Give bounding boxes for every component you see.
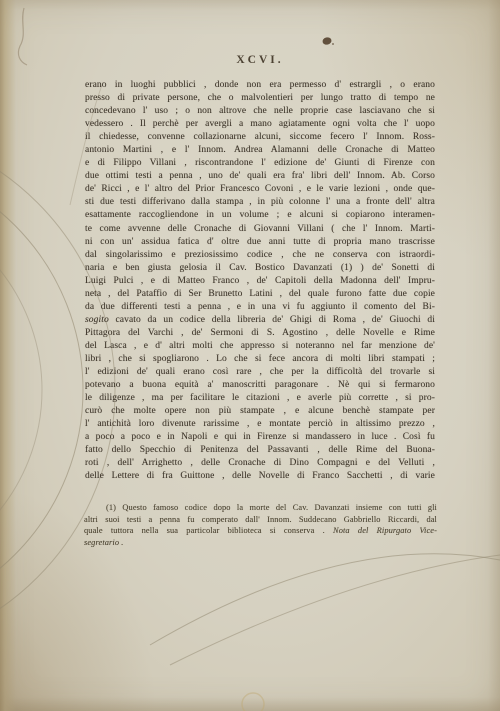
text-line: dal singolarissimo e preziosissimo codic… <box>85 249 435 262</box>
text-line: erano in luoghi pubblici , donde non era… <box>85 79 435 92</box>
text-line: concedevano l' uso ; o non altrove che n… <box>85 105 435 118</box>
footnote-block: (1) Questo famoso codice dopo la morte d… <box>84 502 437 548</box>
text-line: naria e ben giusta gelosia il Cav. Bosti… <box>85 262 435 275</box>
ink-blot-speck <box>332 43 334 45</box>
footnote-line: altri suoi testi a penna fu comperato da… <box>84 514 437 526</box>
text-line: potevano a buona equità a' manoscritti p… <box>85 379 435 392</box>
footnote-line: (1) Questo famoso codice dopo la morte d… <box>84 502 437 514</box>
text-line: fatto dello Specchio di Penitenza del Pa… <box>85 444 435 457</box>
text-line: sogito cavato da un codice della libreri… <box>85 314 435 327</box>
text-line: le diligenze , ma per facilitare le cita… <box>85 392 435 405</box>
text-line: presso di private persone, che o malvole… <box>85 92 435 105</box>
text-line: Pittagora del Varchi , de' Sermoni di S.… <box>85 327 435 340</box>
italic-word: sogito <box>85 315 109 325</box>
text-line: de' Ricci , e l' altro del Prior Frances… <box>85 183 435 196</box>
text-line: libri , che si spogliarono . Lo che si f… <box>85 353 435 366</box>
main-text-block: erano in luoghi pubblici , donde non era… <box>85 79 435 483</box>
watermark-circle-middle <box>0 157 83 623</box>
watermark-arc-bottom-upper <box>150 554 500 645</box>
text-line: del Lasca , e d' altri molti che appress… <box>85 340 435 353</box>
text-line: delle Lettere di fra Guittone , delle No… <box>85 470 435 483</box>
corner-flourish <box>18 8 27 65</box>
text-line: l' edizioni de' quali erano così rare , … <box>85 366 435 379</box>
stain-circle <box>242 693 264 711</box>
text-line: neta , del Pataffio di Ser Brunetto Lati… <box>85 288 435 301</box>
text-line: due ottimi testi a penna , uno de' quali… <box>85 170 435 183</box>
text-line: e di Filippo Villani , riscontrandone l'… <box>85 157 435 170</box>
text-line: curò che molte opere non più stampate , … <box>85 405 435 418</box>
text-line: ni con un' assidua fatica d' oltre due a… <box>85 236 435 249</box>
watermark-arc-bottom-lower <box>170 555 500 665</box>
text-line: antonio Martini , e l' Innom. Andrea Ala… <box>85 144 435 157</box>
text-line: vedessero . Il perchè per avergli a mano… <box>85 118 435 131</box>
footnote-signature: Nota del Ripurgato Vice- <box>333 526 437 535</box>
text-line: il chiedesse, convenne collazionarne alc… <box>85 131 435 144</box>
text-line: da due differenti testi a penna , e in u… <box>85 301 435 314</box>
book-page-scan: XCVI. erano in luoghi pubblici , donde n… <box>0 0 500 711</box>
page-number: XCVI. <box>85 54 435 66</box>
text-line: Luigi Pulci , e di Matteo Franco , de' C… <box>85 275 435 288</box>
text-line: roti , dell' Arrighetto , delle Cronache… <box>85 457 435 470</box>
footnote-signature-line: segretario . <box>84 537 437 549</box>
footnote-text: quale tuttora nella sua particolar bibli… <box>84 526 333 535</box>
footnote-line: quale tuttora nella sua particolar bibli… <box>84 525 437 537</box>
ink-blot <box>322 36 332 45</box>
text-line: a poco a poco e in Napoli e qui in Firen… <box>85 431 435 444</box>
text-line-rest: cavato da un codice della libreria de' G… <box>109 315 435 325</box>
text-line: te come avvenne delle Cronache di Giovan… <box>85 223 435 236</box>
watermark-circle-inner <box>0 198 42 582</box>
text-line: l' antichità loro divenute rarissime , e… <box>85 418 435 431</box>
text-line: sti due testi differivano dalla stampa ,… <box>85 196 435 209</box>
text-line: esattamente raccogliendone in un volume … <box>85 209 435 222</box>
